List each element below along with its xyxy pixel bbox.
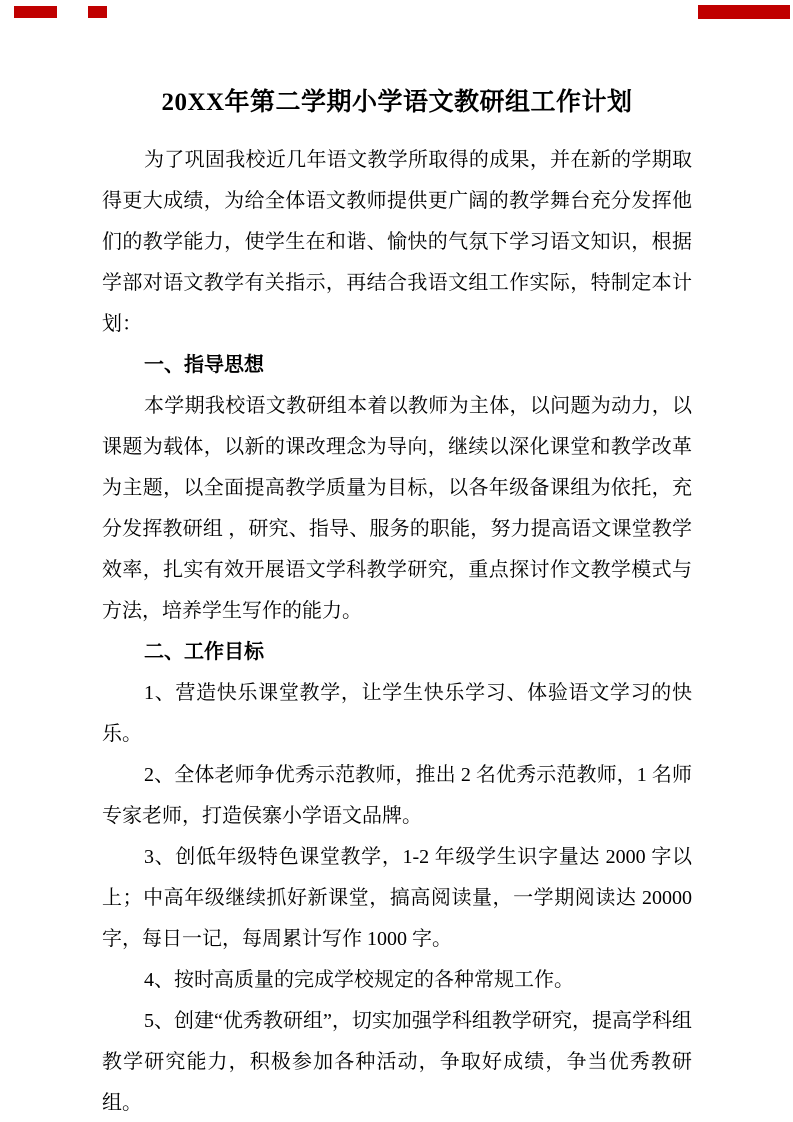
- guiding-ideology-paragraph: 本学期我校语文教研组本着以教师为主体，以问题为动力，以课题为载体，以新的课改理念…: [102, 386, 692, 632]
- red-mark: [88, 6, 107, 18]
- red-mark: [14, 6, 57, 18]
- section-heading-guiding-ideology: 一、指导思想: [102, 345, 692, 386]
- red-mark: [698, 5, 790, 19]
- list-item-4: 4、按时高质量的完成学校规定的各种常规工作。: [102, 960, 692, 1001]
- document-body: 20XX年第二学期小学语文教研组工作计划 为了巩固我校近几年语文教学所取得的成果…: [102, 86, 692, 1122]
- page-title: 20XX年第二学期小学语文教研组工作计划: [102, 86, 692, 120]
- list-item-1: 1、营造快乐课堂教学，让学生快乐学习、体验语文学习的快乐。: [102, 673, 692, 755]
- intro-paragraph: 为了巩固我校近几年语文教学所取得的成果，并在新的学期取得更大成绩，为给全体语文教…: [102, 140, 692, 345]
- list-item-2: 2、全体老师争优秀示范教师，推出 2 名优秀示范教师，1 名师专家老师，打造侯寨…: [102, 755, 692, 837]
- document-page: 20XX年第二学期小学语文教研组工作计划 为了巩固我校近几年语文教学所取得的成果…: [0, 0, 793, 1122]
- section-heading-work-goals: 二、工作目标: [102, 632, 692, 673]
- list-item-3: 3、创低年级特色课堂教学，1-2 年级学生识字量达 2000 字以上；中高年级继…: [102, 837, 692, 960]
- list-item-5: 5、创建“优秀教研组”，切实加强学科组教学研究，提高学科组教学研究能力，积极参加…: [102, 1001, 692, 1122]
